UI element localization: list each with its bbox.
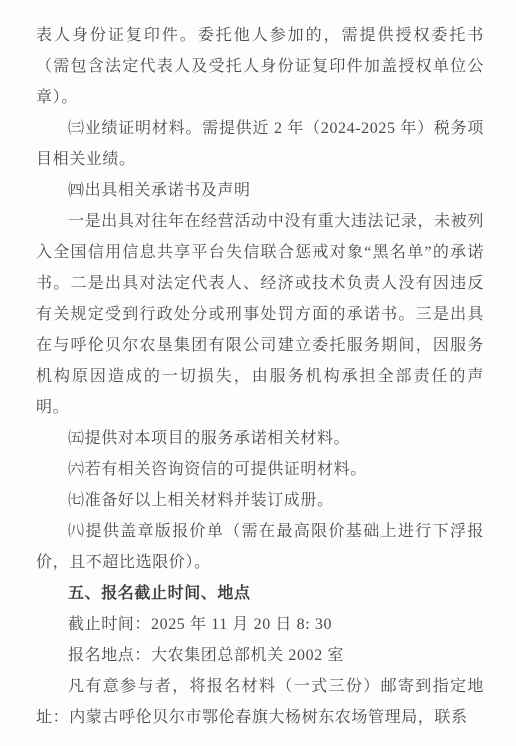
section-heading: 五、报名截止时间、地点 [36,578,484,609]
paragraph: ㈦准备好以上相关材料并装订成册。 [36,485,484,516]
paragraph: 截止时间：2025 年 11 月 20 日 8: 30 [36,609,484,640]
paragraph: 凡有意参与者，将报名材料（一式三份）邮寄到指定地址：内蒙古呼伦贝尔市鄂伦春旗大杨… [36,671,484,733]
paragraph: ㈢业绩证明材料。需提供近 2 年（2024-2025 年）税务项目相关业绩。 [36,113,484,175]
paragraph: ㈤提供对本项目的服务承诺相关材料。 [36,423,484,454]
paragraph: 报名地点：大农集团总部机关 2002 室 [36,640,484,671]
paragraph: ㈧提供盖章版报价单（需在最高限价基础上进行下浮报价，且不超比选限价）。 [36,516,484,578]
document-page: 表人身份证复印件。委托他人参加的，需提供授权委托书（需包含法定代表人及受托人身份… [0,0,516,746]
paragraph: ㈣出具相关承诺书及声明 [36,175,484,206]
paragraph: ㈥若有相关咨询资信的可提供证明材料。 [36,454,484,485]
paragraph: 表人身份证复印件。委托他人参加的，需提供授权委托书（需包含法定代表人及受托人身份… [36,20,484,113]
paragraph: 一是出具对往年在经营活动中没有重大违法记录，未被列入全国信用信息共享平台失信联合… [36,206,484,423]
document-body: 表人身份证复印件。委托他人参加的，需提供授权委托书（需包含法定代表人及受托人身份… [36,20,484,733]
